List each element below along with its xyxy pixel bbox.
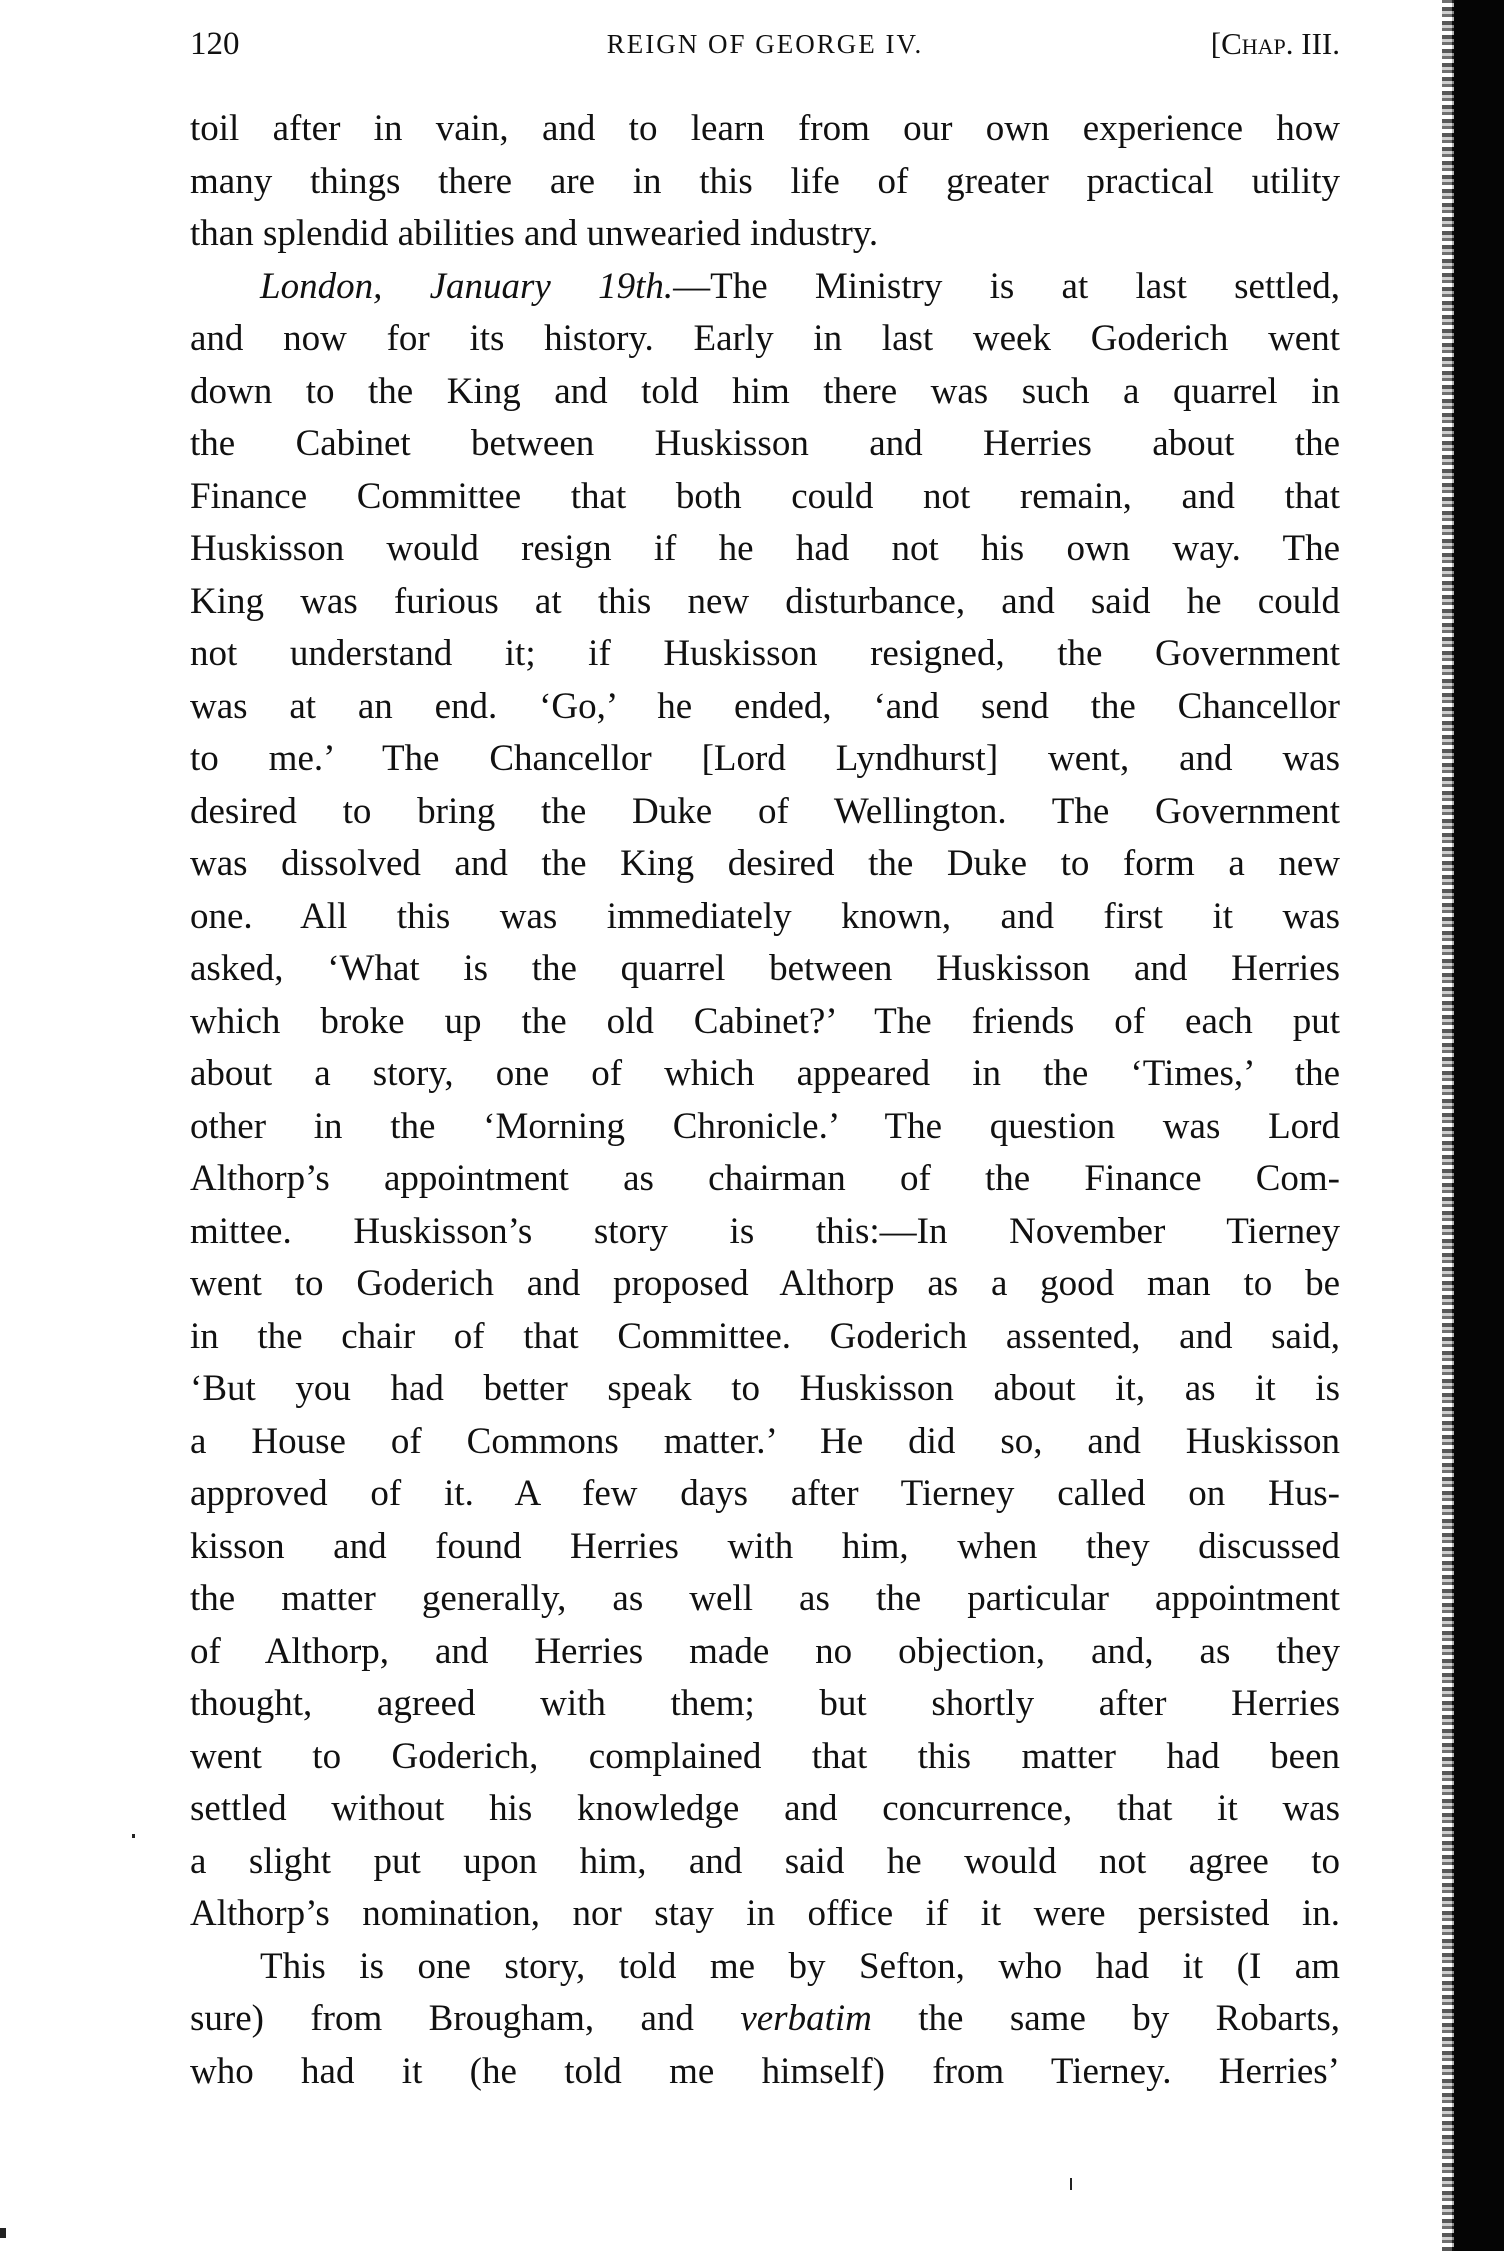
text-line: King was furious at this new disturbance… bbox=[190, 576, 1340, 629]
text-fragment: the same by Robarts, bbox=[872, 1998, 1340, 2039]
text-line: than splendid abilities and unwearied in… bbox=[190, 208, 1340, 261]
text-line: who had it (he told me himself) from Tie… bbox=[190, 2046, 1340, 2099]
text-fragment: sure) from Brougham, and bbox=[190, 1998, 740, 2039]
text-line: was at an end. ‘Go,’ he ended, ‘and send… bbox=[190, 681, 1340, 734]
text-fragment: —The Ministry is at last settled, bbox=[673, 266, 1340, 307]
text-line: in the chair of that Committee. Goderich… bbox=[190, 1311, 1340, 1364]
text-line: Huskisson would resign if he had not his… bbox=[190, 523, 1340, 576]
text-line: Finance Committee that both could not re… bbox=[190, 471, 1340, 524]
scan-speck bbox=[132, 1834, 135, 1838]
text-line: Althorp’s appointment as chairman of the… bbox=[190, 1153, 1340, 1206]
text-line: the matter generally, as well as the par… bbox=[190, 1573, 1340, 1626]
text-line: other in the ‘Morning Chronicle.’ The qu… bbox=[190, 1101, 1340, 1154]
text-line: down to the King and told him there was … bbox=[190, 366, 1340, 419]
text-line: asked, ‘What is the quarrel between Husk… bbox=[190, 943, 1340, 996]
text-line: This is one story, told me by Sefton, wh… bbox=[190, 1941, 1340, 1994]
text-line: one. All this was immediately known, and… bbox=[190, 891, 1340, 944]
scan-speck bbox=[1070, 2178, 1072, 2190]
text-line: desired to bring the Duke of Wellington.… bbox=[190, 786, 1340, 839]
text-line: of Althorp, and Herries made no objectio… bbox=[190, 1626, 1340, 1679]
text-line: mittee. Huskisson’s story is this:—In No… bbox=[190, 1206, 1340, 1259]
text-line: thought, agreed with them; but shortly a… bbox=[190, 1678, 1340, 1731]
text-line: was dissolved and the King desired the D… bbox=[190, 838, 1340, 891]
text-line: not understand it; if Huskisson resigned… bbox=[190, 628, 1340, 681]
text-line: went to Goderich and proposed Althorp as… bbox=[190, 1258, 1340, 1311]
text-line: which broke up the old Cabinet?’ The fri… bbox=[190, 996, 1340, 1049]
scan-speck bbox=[0, 2228, 6, 2238]
page-edge-fray bbox=[1442, 0, 1454, 2251]
text-line-verbatim: sure) from Brougham, and verbatim the sa… bbox=[190, 1993, 1340, 2046]
text-line: approved of it. A few days after Tierney… bbox=[190, 1468, 1340, 1521]
text-line: went to Goderich, complained that this m… bbox=[190, 1731, 1340, 1784]
text-line-dated-entry: London, January 19th.—The Ministry is at… bbox=[190, 261, 1340, 314]
running-title: REIGN OF GEORGE IV. bbox=[190, 22, 1340, 66]
text-line: a slight put upon him, and said he would… bbox=[190, 1836, 1340, 1889]
text-line: toil after in vain, and to learn from ou… bbox=[190, 103, 1340, 156]
text-line: kisson and found Herries with him, when … bbox=[190, 1521, 1340, 1574]
running-head: 120 REIGN OF GEORGE IV. [Chap. III. bbox=[190, 22, 1340, 66]
text-line: Althorp’s nomination, nor stay in office… bbox=[190, 1888, 1340, 1941]
scanned-page-edge bbox=[1452, 0, 1504, 2251]
text-line: and now for its history. Early in last w… bbox=[190, 313, 1340, 366]
text-line: settled without his knowledge and concur… bbox=[190, 1783, 1340, 1836]
text-line: the Cabinet between Huskisson and Herrie… bbox=[190, 418, 1340, 471]
text-line: many things there are in this life of gr… bbox=[190, 156, 1340, 209]
date-heading: London, January 19th. bbox=[260, 266, 673, 307]
body-text: toil after in vain, and to learn from ou… bbox=[190, 103, 1340, 2098]
text-line: a House of Commons matter.’ He did so, a… bbox=[190, 1416, 1340, 1469]
chapter-label: [Chap. III. bbox=[1211, 22, 1340, 66]
text-line: to me.’ The Chancellor [Lord Lyndhurst] … bbox=[190, 733, 1340, 786]
text-line: about a story, one of which appeared in … bbox=[190, 1048, 1340, 1101]
italic-word: verbatim bbox=[740, 1998, 872, 2039]
text-line: ‘But you had better speak to Huskisson a… bbox=[190, 1363, 1340, 1416]
